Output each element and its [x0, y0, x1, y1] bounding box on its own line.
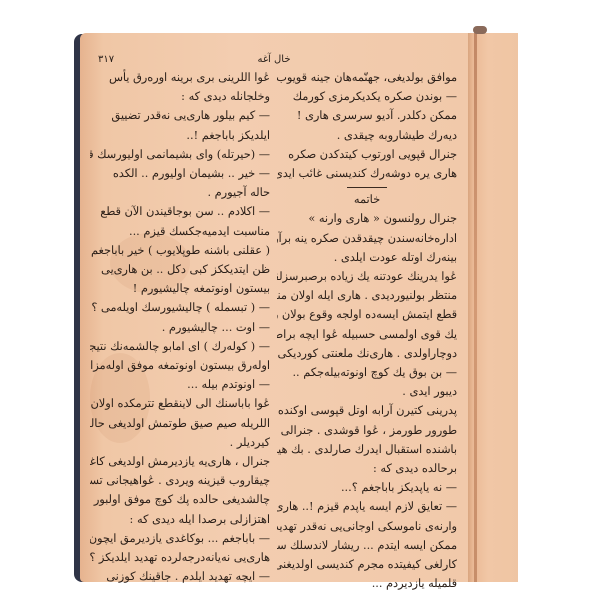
- text-line: ڠوا باباسنك الی لاینقطع تترمکده اولان: [90, 394, 270, 413]
- left-text-column: ڠوا اللرینی بری برینه اوره‌رق یأس وخلجان…: [90, 68, 270, 586]
- text-line: کارلغی کیفیتده مجرم کندیسی اولدیغنی کندی: [277, 555, 457, 574]
- text-line: — ( تبسمله ) چالیشیورسك اویله‌می ؟ ..: [90, 298, 270, 317]
- text-line: اوله‌رق بیستون اونوتمغه موفق اوله‌مزایسه…: [90, 356, 270, 375]
- text-line: قطع ایتمش ایسه‌ده اولجه وقوع بولان رابطه…: [277, 305, 457, 324]
- text-line: — بوندن صکره یکدیکرمزی کورمك: [277, 87, 457, 106]
- text-line: ایلدیکز باباجغم !..: [90, 126, 270, 145]
- text-line: — تعایق لازم ایسه یاپدم قیزم !.. هاری: [277, 497, 457, 516]
- text-line: باشنده استقبال ایدرك صارلدی . بك هیجانلی: [277, 440, 457, 459]
- text-line: ( عقلنی باشنه طوپلایوب ) خیر باباجغم ..: [90, 241, 270, 260]
- text-line: برحالده دیدی که :: [277, 459, 457, 478]
- text-line: دوچاراولدی . هاری‌نك ملعنتی کوردیکی حالد…: [277, 344, 457, 363]
- text-line: — اونوتدم بیله ...: [90, 375, 270, 394]
- section-divider: [347, 187, 387, 188]
- text-line: دیه‌رك طیشاروبه چیقدی .: [277, 126, 457, 145]
- text-line: قلمیله یازدیردم ...: [277, 574, 457, 593]
- text-line: وخلجانله دیدی که :: [90, 87, 270, 106]
- text-line: پدرینی کتیرن آرابه اوتل قپوسی اوکنده: [277, 401, 457, 420]
- text-line: اهتزازلی برصدا ایله دیدی که :: [90, 510, 270, 529]
- text-line: کیردیلر .: [90, 433, 270, 452]
- text-line: اداره‌خانه‌سندن چیقدقدن صکره ینه برآرابه…: [277, 229, 457, 248]
- text-line: جنرال رولنسون « هاری وارنه »: [277, 209, 457, 228]
- text-line: مناسبت ایدمیه‌جکسك قیزم ...: [90, 222, 270, 241]
- text-line: بینه‌رك اوتله عودت ایلدی .: [277, 248, 457, 267]
- text-line: بیستون اونوتمغه چالیشیورم !: [90, 279, 270, 298]
- text-line: وارنه‌ی ناموسکی اوجانی‌یی نه‌قدر تهدید ا…: [277, 517, 457, 536]
- right-text-column: موافق بولدیغی، جهنّمه‌هان جینه قویوب: — …: [277, 68, 457, 593]
- text-line: — ( کوله‌رك ) ای امابو چالشمه‌نك نتیجه‌س…: [90, 337, 270, 356]
- text-line: — خیر .. بشیمان اولیورم .. الکده: [90, 164, 270, 183]
- text-line: — اوت ... چالیشیورم .: [90, 318, 270, 337]
- text-line: جنرال ، هاری‌یه یازدیرمش اولدیغی کاغدی: [90, 452, 270, 471]
- text-line: چالشدیغی حالده پك کوچ موفق اولبور ایدی .: [90, 490, 270, 509]
- text-line: ظن ایتدیککز کبی دکل .. بن هاری‌یی: [90, 260, 270, 279]
- running-title: خال آغه: [80, 54, 468, 65]
- text-line: موافق بولدیغی، جهنّمه‌هان جینه قویوب:: [277, 68, 457, 87]
- text-line: جنرال قپویی اورتوب کیتدکدن صکره: [277, 145, 457, 164]
- binding-thread: [473, 26, 487, 34]
- section-heading: خاتمه: [277, 190, 457, 209]
- text-line: منتظر بولنیوردیدی . هاری ایله اولان مناس…: [277, 286, 457, 305]
- page-crease: [474, 33, 477, 582]
- text-line: — ایچه تهدید ایلدم . جاقینك کوزنی: [90, 567, 270, 586]
- text-line: یك قوی اولمسی حسبیله ڠوا ایچه براضطرابه: [277, 325, 457, 344]
- text-line: دیبور ایدی .: [277, 382, 457, 401]
- text-line: اللریله صیم صیق طوتمش اولدیغی حالده صاون…: [90, 414, 270, 433]
- text-line: ممکن ایسه ایتدم ... ریشار لاندسلك ساخته: [277, 536, 457, 555]
- text-line: — نه یاپدیکز باباجغم ؟...: [277, 478, 457, 497]
- text-line: ڠوا یدرینك عودتنه یك زیاده برصبرسزلقله: [277, 267, 457, 286]
- text-line: هاری یره دوشه‌رك کندیسنی غائب ایدی .: [277, 164, 457, 183]
- text-line: هاری‌یی نه‌یانه‌درجه‌لرده تهدید ایلدیکز …: [90, 548, 270, 567]
- text-line: ڠوا اللرینی بری برینه اوره‌رق یأس: [90, 68, 270, 87]
- text-line: — بن بوق یك کوچ اونوته‌بیله‌جکم ..: [277, 363, 457, 382]
- text-line: — باباجغم ... بوکاغدی یازدیرمق ایچون: [90, 529, 270, 548]
- text-line: چیقاروب قیزینه ویردی . ڠواهیجانی تسکینه: [90, 471, 270, 490]
- text-line: — کیم بیلور هاری‌یی نه‌قدر تضییق: [90, 106, 270, 125]
- text-line: طورور طورمز ، ڠوا قوشدی . جنرالی مردیون: [277, 421, 457, 440]
- text-line: حاله آجیورم .: [90, 183, 270, 202]
- text-line: — اکلادم .. سن بوجاقیندن الآن قطع: [90, 202, 270, 221]
- text-line: ممکن دکلدر. آدیو سرسری هاری !: [277, 106, 457, 125]
- text-line: — (حیرتله) وای بشیمانمی اولیورسك قیزم ؟: [90, 145, 270, 164]
